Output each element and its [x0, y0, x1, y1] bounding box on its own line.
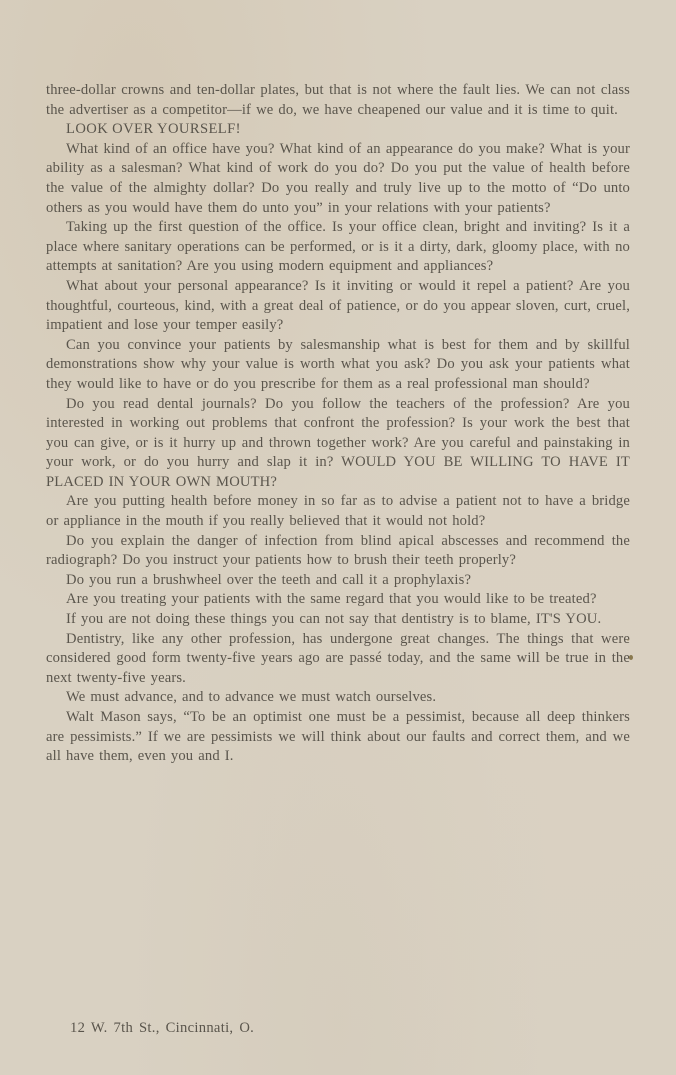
footer-address: 12 W. 7th St., Cincinnati, O.: [70, 1020, 254, 1037]
paragraph-journals: Do you read dental journals? Do you foll…: [46, 395, 630, 493]
paragraph-office: Taking up the first question of the offi…: [46, 218, 630, 277]
paragraph-changes: Dentistry, like any other profession, ha…: [46, 630, 630, 689]
document-body: three-dollar crowns and ten-dollar plate…: [46, 81, 630, 767]
paragraph-appearance: What about your personal appearance? Is …: [46, 277, 630, 336]
paragraph-advance: We must advance, and to advance we must …: [46, 688, 630, 708]
section-heading: LOOK OVER YOURSELF!: [46, 120, 630, 140]
paper-speck: [629, 655, 633, 660]
paragraph-health-before-money: Are you putting health before money in s…: [46, 492, 630, 531]
paper-speck-small: [627, 639, 629, 641]
paragraph-regard: Are you treating your patients with the …: [46, 590, 630, 610]
paragraph-office-questions: What kind of an office have you? What ki…: [46, 140, 630, 218]
paragraph-prophylaxis: Do you run a brushwheel over the teeth a…: [46, 571, 630, 591]
continuation-paragraph: three-dollar crowns and ten-dollar plate…: [46, 81, 630, 120]
paragraph-infection: Do you explain the danger of infection f…: [46, 532, 630, 571]
paragraph-its-you: If you are not doing these things you ca…: [46, 610, 630, 630]
paragraph-walt-mason: Walt Mason says, “To be an optimist one …: [46, 708, 630, 767]
paragraph-salesmanship: Can you convince your patients by salesm…: [46, 336, 630, 395]
